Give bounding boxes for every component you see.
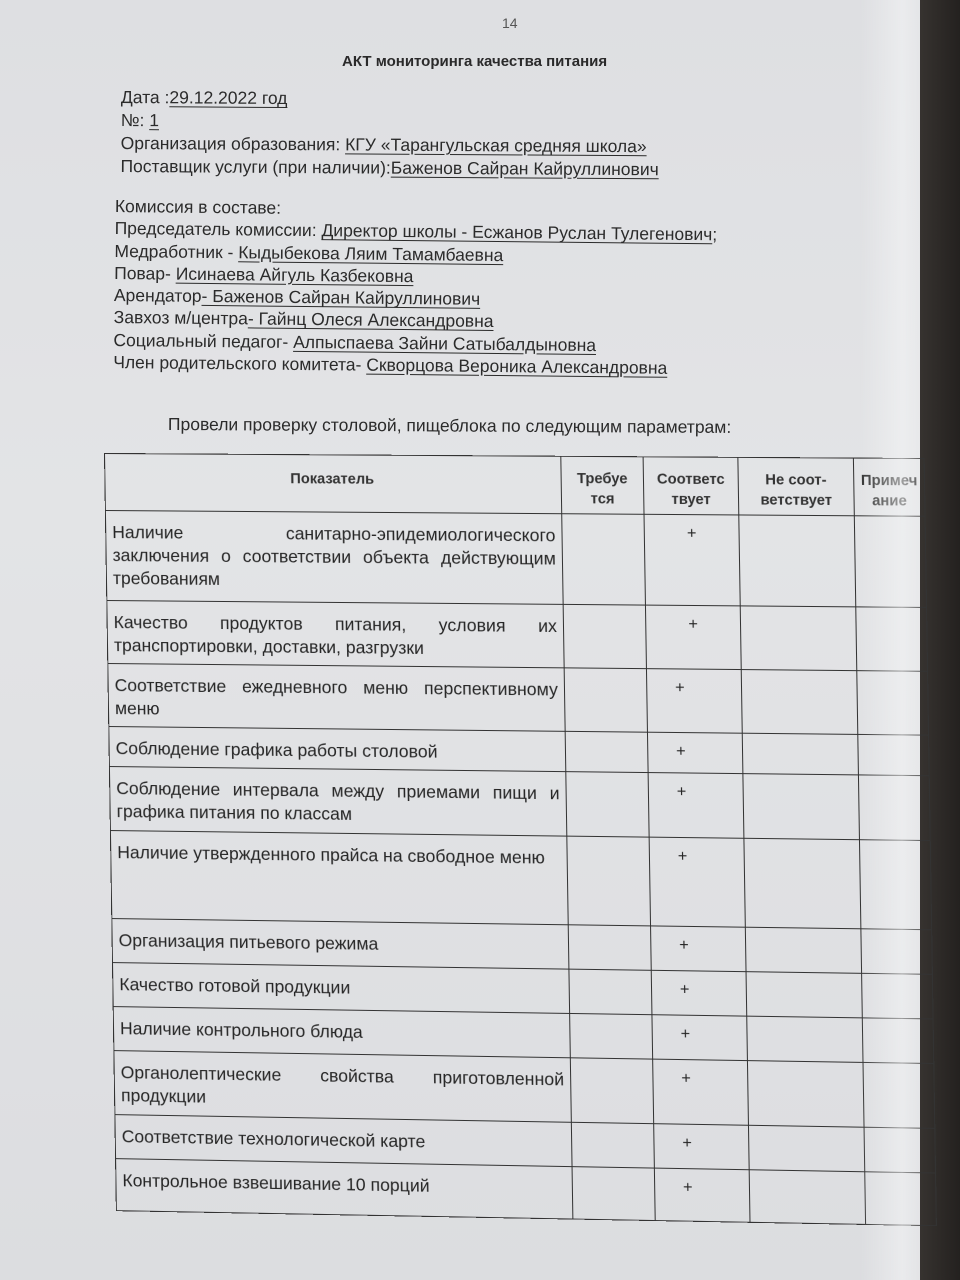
note-cell xyxy=(865,1172,937,1226)
note-cell xyxy=(863,1062,935,1128)
supplier-value: Баженов Сайран Кайруллинович xyxy=(391,158,659,180)
column-header: Не соот- ветствует xyxy=(738,457,854,515)
date-label: Дата : xyxy=(121,87,170,107)
not-complies-cell xyxy=(747,1016,863,1062)
complies-cell: + xyxy=(654,1168,750,1222)
mark-value: + xyxy=(676,743,686,761)
member-name: Директор школы - Есжанов Руслан Тулегено… xyxy=(321,220,712,244)
not-complies-cell xyxy=(743,774,860,840)
not-complies-cell xyxy=(745,927,861,973)
document-title: АКТ мониторинга качества питания xyxy=(342,53,607,70)
indicator-cell: Соблюдение графика работы столовой xyxy=(109,727,566,772)
complies-cell: + xyxy=(653,1059,749,1125)
indicator-cell: Наличие санитарно-эпидемиологического за… xyxy=(105,511,563,605)
indicator-cell: Наличие утвержденного прайса на свободно… xyxy=(110,831,568,925)
member-name: Скворцова Вероника Александровна xyxy=(366,355,667,378)
mark-value: + xyxy=(678,848,688,866)
note-cell xyxy=(857,671,929,736)
member-name: Алпыспаева Зайни Сатыбалдыновна xyxy=(293,332,596,355)
number-value: 1 xyxy=(149,110,159,130)
number-label: №: xyxy=(121,110,150,130)
member-role: Председатель комиссии: xyxy=(115,218,322,240)
required-cell xyxy=(572,1167,655,1221)
note-cell xyxy=(854,516,926,608)
table-row: Наличие санитарно-эпидемиологического за… xyxy=(105,511,926,608)
indicator-cell: Соответствие ежедневного меню перспектив… xyxy=(108,664,565,732)
complies-cell: + xyxy=(651,926,746,972)
table-row: Качество продуктов питания, условия их т… xyxy=(107,601,928,672)
not-complies-cell xyxy=(744,838,861,928)
mark-value: + xyxy=(683,1179,693,1197)
document-header: Дата :29.12.2022 год №: 1 Организация об… xyxy=(120,86,659,181)
indicator-cell: Органолептические свойства приготовленно… xyxy=(114,1051,571,1123)
mark-value: + xyxy=(687,525,697,543)
member-role: Завхоз м/центра xyxy=(114,307,248,328)
not-complies-cell xyxy=(741,670,858,735)
date-line: Дата :29.12.2022 год xyxy=(121,86,659,112)
member-role: Социальный педагог- xyxy=(113,330,293,352)
mark-value: + xyxy=(680,981,690,999)
not-complies-cell xyxy=(739,515,856,607)
complies-cell: + xyxy=(646,669,742,734)
required-cell xyxy=(564,668,647,732)
member-role: Медработник - xyxy=(114,241,238,262)
complies-cell: + xyxy=(644,514,740,606)
required-cell xyxy=(567,836,651,926)
mark-value: + xyxy=(675,680,685,698)
mark-value: + xyxy=(679,937,689,955)
inspection-table-wrapper: ПоказательТребуе тсяСоответс твуетНе соо… xyxy=(104,453,937,1226)
indicator-cell: Организация питьевого режима xyxy=(112,919,569,970)
indicator-cell: Контрольное взвешивание 10 порций xyxy=(116,1159,573,1219)
note-cell xyxy=(864,1127,935,1173)
not-complies-cell xyxy=(749,1170,865,1225)
member-role: Арендатор xyxy=(114,285,202,306)
date-value: 29.12.2022 год xyxy=(169,87,287,108)
note-cell xyxy=(861,929,932,975)
required-cell xyxy=(565,731,648,772)
complies-cell: + xyxy=(654,1124,750,1170)
column-header: Соответс твует xyxy=(643,457,739,515)
indicator-cell: Соблюдение интервала между приемами пищи… xyxy=(109,767,566,837)
commission-block: Комиссия в составе: Председатель комисси… xyxy=(113,195,717,380)
not-complies-cell xyxy=(748,1125,864,1171)
note-cell xyxy=(862,973,933,1019)
inspection-intro: Провели проверку столовой, пищеблока по … xyxy=(168,414,731,438)
member-name: - Гайнц Олеся Александровна xyxy=(248,309,494,332)
required-cell xyxy=(562,514,646,605)
document-sheet: 14 АКТ мониторинга качества питания Дата… xyxy=(0,0,920,1280)
indicator-cell: Качество готовой продукции xyxy=(113,963,570,1014)
column-header: Примеч ание xyxy=(853,458,925,516)
complies-cell: + xyxy=(645,605,741,669)
member-role: Член родительского комитета- xyxy=(113,352,366,375)
member-role: Повар- xyxy=(114,263,176,284)
note-cell xyxy=(856,607,928,671)
required-cell xyxy=(566,772,649,837)
column-header: Требуе тся xyxy=(561,456,644,514)
required-cell xyxy=(569,969,652,1015)
not-complies-cell xyxy=(740,606,857,671)
supplier-label: Поставщик услуги (при наличии): xyxy=(120,156,390,178)
note-cell xyxy=(862,1018,933,1064)
note-cell xyxy=(859,840,931,930)
supplier-line: Поставщик услуги (при наличии):Баженов С… xyxy=(120,155,658,181)
complies-cell: + xyxy=(648,773,744,839)
member-name: Исинаева Айгуль Казбековна xyxy=(176,264,414,286)
not-complies-cell xyxy=(742,733,858,775)
mark-value: + xyxy=(681,1070,691,1088)
required-cell xyxy=(570,1013,653,1059)
required-cell xyxy=(570,1058,653,1124)
complies-cell: + xyxy=(649,837,745,927)
complies-cell: + xyxy=(647,732,742,773)
required-cell xyxy=(568,925,651,971)
member-suffix: ; xyxy=(712,225,717,245)
table-body: Наличие санитарно-эпидемиологического за… xyxy=(105,511,936,1226)
mark-value: + xyxy=(682,1135,692,1153)
mark-value: + xyxy=(677,783,687,801)
table-header-row: ПоказательТребуе тсяСоответс твуетНе соо… xyxy=(105,454,926,517)
inspection-table: ПоказательТребуе тсяСоответс твуетНе соо… xyxy=(104,453,937,1226)
required-cell xyxy=(563,604,646,668)
mark-value: + xyxy=(680,1026,690,1044)
table-row: Наличие утвержденного прайса на свободно… xyxy=(110,831,931,930)
not-complies-cell xyxy=(747,1061,864,1128)
required-cell xyxy=(571,1122,654,1168)
table-row: Соответствие ежедневного меню перспектив… xyxy=(108,664,929,736)
indicator-cell: Качество продуктов питания, условия их т… xyxy=(107,601,564,668)
organization-line: Организация образования: КГУ «Тарангульс… xyxy=(121,132,659,158)
note-cell xyxy=(858,734,929,775)
member-name: - Баженов Сайран Кайруллинович xyxy=(201,286,480,309)
indicator-cell: Соответствие технологической карте xyxy=(115,1115,572,1167)
number-line: №: 1 xyxy=(121,109,659,135)
note-cell xyxy=(858,775,930,841)
not-complies-cell xyxy=(746,972,862,1018)
commission-members: Председатель комиссии: Директор школы - … xyxy=(113,217,717,379)
column-header: Показатель xyxy=(105,454,562,514)
table-row: Соблюдение интервала между приемами пищи… xyxy=(109,767,930,841)
organization-label: Организация образования: xyxy=(121,133,346,154)
indicator-cell: Наличие контрольного блюда xyxy=(113,1007,570,1058)
mark-value: + xyxy=(688,616,698,634)
complies-cell: + xyxy=(651,970,746,1016)
member-name: Кыдыбекова Ляим Тамамбаевна xyxy=(238,242,503,265)
organization-value: КГУ «Тарангульская средняя школа» xyxy=(345,134,647,156)
complies-cell: + xyxy=(652,1015,747,1061)
page-number: 14 xyxy=(502,15,518,31)
